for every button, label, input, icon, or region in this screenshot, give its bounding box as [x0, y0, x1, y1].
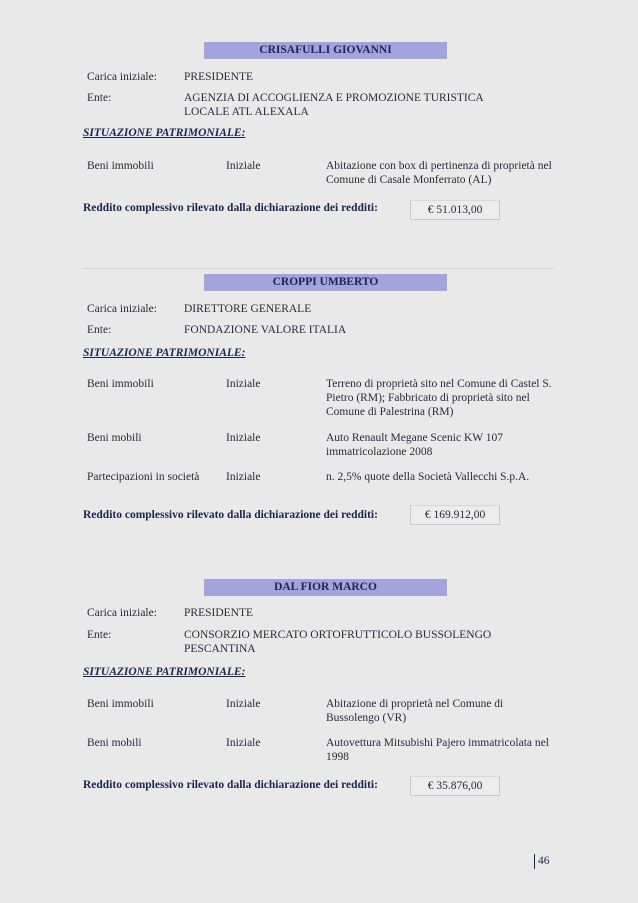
asset-description: Terreno di proprietà sito nel Comune di … — [326, 377, 566, 419]
carica-value: DIRETTORE GENERALE — [184, 302, 544, 316]
asset-category: Beni mobili — [87, 431, 142, 445]
asset-status: Iniziale — [226, 736, 260, 750]
section-title: SITUAZIONE PATRIMONIALE: — [83, 127, 245, 139]
reddito-value: € 169.912,00 — [410, 505, 500, 525]
asset-category: Partecipazioni in società — [87, 470, 199, 484]
reddito-label: Reddito complessivo rilevato dalla dichi… — [83, 779, 378, 791]
person-name-header: CROPPI UMBERTO — [204, 274, 447, 291]
ente-label: Ente: — [87, 628, 111, 642]
ente-value: CONSORZIO MERCATO ORTOFRUTTICOLO BUSSOLE… — [184, 628, 514, 656]
asset-description: Autovettura Mitsubishi Pajero immatricol… — [326, 736, 566, 764]
carica-label: Carica iniziale: — [87, 606, 157, 620]
carica-value: PRESIDENTE — [184, 70, 544, 84]
section-divider — [82, 268, 554, 269]
asset-status: Iniziale — [226, 431, 260, 445]
reddito-label: Reddito complessivo rilevato dalla dichi… — [83, 202, 378, 214]
asset-status: Iniziale — [226, 697, 260, 711]
asset-description: n. 2,5% quote della Società Vallecchi S.… — [326, 470, 566, 484]
ente-value: FONDAZIONE VALORE ITALIA — [184, 323, 544, 337]
document-page: CRISAFULLI GIOVANNI Carica iniziale: PRE… — [0, 0, 638, 903]
asset-description: Auto Renault Megane Scenic KW 107 immatr… — [326, 431, 526, 459]
ente-label: Ente: — [87, 323, 111, 337]
reddito-value: € 35.876,00 — [410, 776, 500, 796]
asset-category: Beni immobili — [87, 159, 154, 173]
asset-category: Beni mobili — [87, 736, 142, 750]
section-title: SITUAZIONE PATRIMONIALE: — [83, 347, 245, 359]
asset-description: Abitazione con box di pertinenza di prop… — [326, 159, 566, 187]
reddito-label: Reddito complessivo rilevato dalla dichi… — [83, 509, 378, 521]
ente-value: AGENZIA DI ACCOGLIENZA E PROMOZIONE TURI… — [184, 91, 504, 119]
carica-label: Carica iniziale: — [87, 70, 157, 84]
person-name-header: DAL FIOR MARCO — [204, 579, 447, 596]
carica-label: Carica iniziale: — [87, 302, 157, 316]
ente-label: Ente: — [87, 91, 111, 105]
asset-category: Beni immobili — [87, 377, 154, 391]
asset-status: Iniziale — [226, 470, 260, 484]
page-number: 46 — [534, 854, 550, 869]
reddito-value: € 51.013,00 — [410, 200, 500, 220]
asset-description: Abitazione di proprietà nel Comune di Bu… — [326, 697, 526, 725]
person-name-header: CRISAFULLI GIOVANNI — [204, 42, 447, 59]
section-title: SITUAZIONE PATRIMONIALE: — [83, 666, 245, 678]
carica-value: PRESIDENTE — [184, 606, 544, 620]
asset-status: Iniziale — [226, 159, 260, 173]
asset-status: Iniziale — [226, 377, 260, 391]
asset-category: Beni immobili — [87, 697, 154, 711]
